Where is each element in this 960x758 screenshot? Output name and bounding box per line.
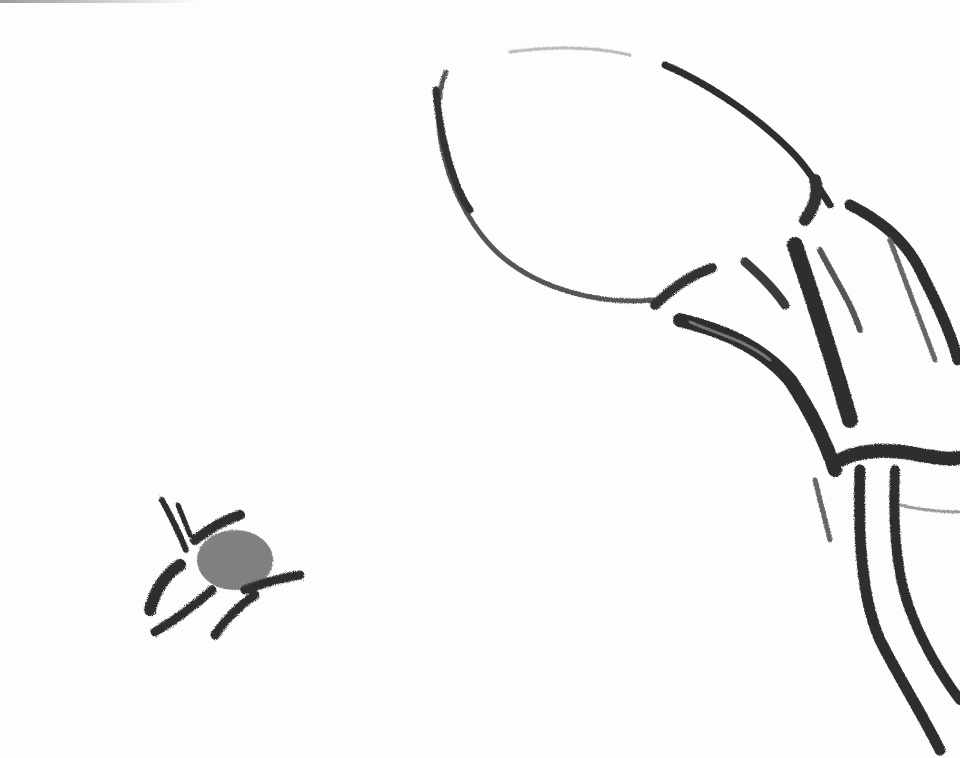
small-creature xyxy=(150,500,300,635)
sketch-drawing xyxy=(0,0,960,758)
sketch-canvas: Loose charcoal drawing of a large figure… xyxy=(0,0,960,758)
large-figure xyxy=(436,48,960,750)
drooping-limb-outer xyxy=(860,470,940,750)
back-stroke xyxy=(665,65,830,205)
head-outline xyxy=(439,72,655,301)
